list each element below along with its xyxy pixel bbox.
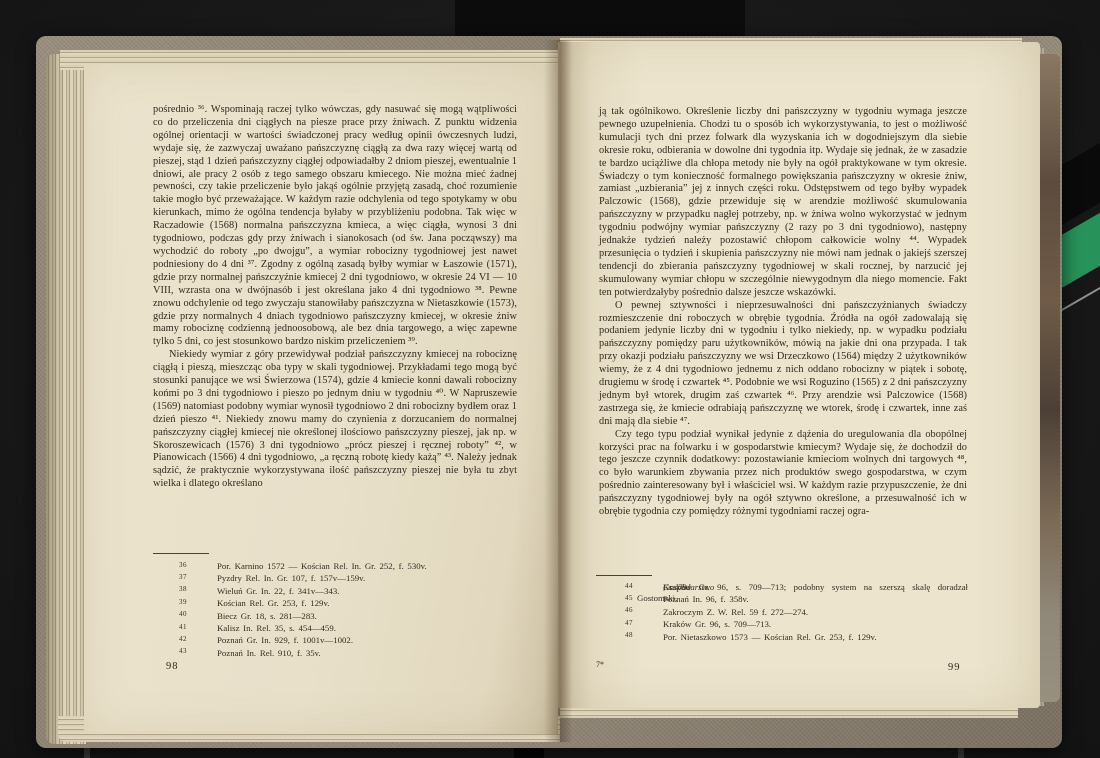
footnote-number: 38 xyxy=(179,585,187,593)
footnote-text: Pyzdry Rel. In. Gr. 107, f. 157v—159v. xyxy=(191,573,365,584)
left-page: pośrednio ³⁶. Wspominają raczej tylko wó… xyxy=(84,64,558,734)
body-paragraph: Czy tego typu podział wynikał jedynie z … xyxy=(599,429,967,519)
footnote-number: 42 xyxy=(179,635,187,643)
footnote-text: Biecz Gr. 18, s. 281—283. xyxy=(191,611,317,622)
right-page-footnotes: 44Kraków Gr. 96, s. 709—713; podobny sys… xyxy=(599,582,968,644)
footnote: 48Por. Nietaszkowo 1573 — Kościan Rel. G… xyxy=(599,632,968,644)
footnote-number: 37 xyxy=(179,573,187,581)
footnote-text: Poznań In. 96, f. 358v. xyxy=(637,594,749,605)
page-number: 98 xyxy=(166,661,179,672)
footnote-text: , s. 79. xyxy=(637,582,689,593)
footnote: 36Por. Karnino 1572 — Kościan Rel. In. G… xyxy=(153,561,519,573)
footnote-separator xyxy=(153,553,209,554)
left-page-body: pośrednio ³⁶. Wspominają raczej tylko wó… xyxy=(153,104,517,491)
signature-mark: 7* xyxy=(596,660,604,669)
footnote-number: 48 xyxy=(625,631,633,639)
footnote: 41Kalisz In. Rel. 35, s. 454—459. xyxy=(153,623,519,635)
footnote-number: 43 xyxy=(179,647,187,655)
footnote-number: 44 xyxy=(625,582,633,590)
left-page-footnotes: 36Por. Karnino 1572 — Kościan Rel. In. G… xyxy=(153,561,519,660)
page-edges-left xyxy=(46,54,86,744)
footnote: 43Poznań In. Rel. 910, f. 35v. xyxy=(153,648,519,660)
footnote: 37Pyzdry Rel. In. Gr. 107, f. 157v—159v. xyxy=(153,573,519,585)
footnote-number: 47 xyxy=(625,619,633,627)
footnote-number: 39 xyxy=(179,598,187,606)
footnote-text: Zakroczym Z. W. Rel. 59 f. 272—274. xyxy=(637,607,808,618)
footnote-number: 45 xyxy=(625,594,633,602)
footnote-text: Poznań In. Rel. 910, f. 35v. xyxy=(191,648,321,659)
footnote: 39Kościan Rel. Gr. 253, f. 129v. xyxy=(153,598,519,610)
footnote-number: 46 xyxy=(625,606,633,614)
right-page: ją tak ogólnikowo. Określenie liczby dni… xyxy=(558,42,1040,708)
footnote: 46Zakroczym Z. W. Rel. 59 f. 272—274. xyxy=(599,607,968,619)
footnote-text: Wieluń Gr. In. 22, f. 341v—343. xyxy=(191,586,339,597)
footnote-text: Kalisz In. Rel. 35, s. 454—459. xyxy=(191,623,336,634)
footnote-separator xyxy=(596,575,652,576)
footnote: 44Kraków Gr. 96, s. 709—713; podobny sys… xyxy=(599,582,968,594)
footnote-number: 40 xyxy=(179,610,187,618)
body-paragraph: pośrednio ³⁶. Wspominają raczej tylko wó… xyxy=(153,104,517,349)
footnote: 38Wieluń Gr. In. 22, f. 341v—343. xyxy=(153,586,519,598)
footnote-number: 36 xyxy=(179,561,187,569)
body-paragraph: O pewnej sztywności i nieprzesuwalności … xyxy=(599,300,967,429)
footnote-text: Por. Nietaszkowo 1573 — Kościan Rel. Gr.… xyxy=(637,632,877,643)
fore-edge-worn-strip xyxy=(1037,54,1060,702)
footnote-text: Poznań Gr. In. 929, f. 1001v—1002. xyxy=(191,635,353,646)
footnote: 42Poznań Gr. In. 929, f. 1001v—1002. xyxy=(153,635,519,647)
right-page-body: ją tak ogólnikowo. Określenie liczby dni… xyxy=(599,106,967,519)
page-number: 99 xyxy=(948,662,961,673)
footnote-text: Kraków Gr. 96, s. 709—713. xyxy=(637,619,771,630)
book-scan-photo: pośrednio ³⁶. Wspominają raczej tylko wó… xyxy=(0,0,1100,758)
footnote-number: 41 xyxy=(179,623,187,631)
footnote-text: Kościan Rel. Gr. 253, f. 129v. xyxy=(191,598,329,609)
body-paragraph: ją tak ogólnikowo. Określenie liczby dni… xyxy=(599,106,967,300)
footnote: 40Biecz Gr. 18, s. 281—283. xyxy=(153,611,519,623)
footnote: 47Kraków Gr. 96, s. 709—713. xyxy=(599,619,968,631)
footnote-text: Por. Karnino 1572 — Kościan Rel. In. Gr.… xyxy=(191,561,427,572)
body-paragraph: Niekiedy wymiar z góry przewidywał podzi… xyxy=(153,349,517,491)
